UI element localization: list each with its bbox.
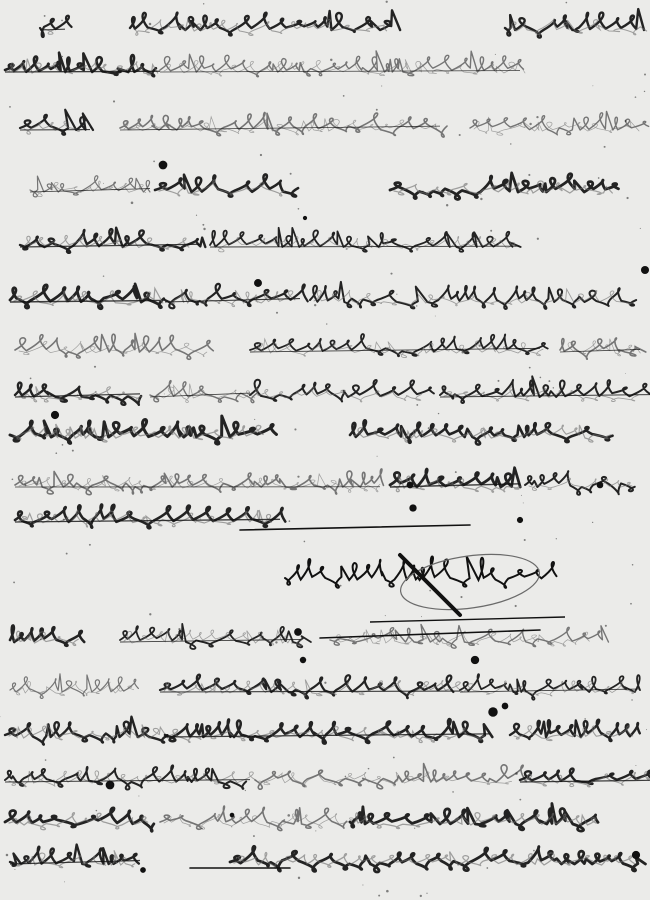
ink-splatter-speck xyxy=(362,884,363,885)
ink-dot xyxy=(641,266,649,274)
ink-splatter-speck xyxy=(435,316,436,317)
ink-dot xyxy=(517,517,523,523)
ink-splatter-speck xyxy=(63,519,65,521)
ink-splatter-speck xyxy=(646,729,647,730)
asemic-word-stroke xyxy=(20,228,205,253)
ink-splatter-speck xyxy=(519,799,521,801)
ink-splatter-speck xyxy=(260,154,262,156)
ink-splatter-speck xyxy=(149,613,151,615)
ink-splatter-speck xyxy=(533,850,535,852)
ink-splatter-speck xyxy=(598,177,600,179)
ink-splatter-speck xyxy=(66,553,68,555)
asemic-word-stroke xyxy=(350,804,598,832)
ink-splatter-speck xyxy=(149,23,152,26)
ink-splatter-speck xyxy=(584,718,586,720)
ink-splatter-speck xyxy=(478,345,480,347)
ink-splatter-speck xyxy=(452,791,454,793)
ink-splatter-speck xyxy=(77,394,79,396)
ink-splatter-speck xyxy=(9,106,11,108)
asemic-underlayer-stroke xyxy=(354,425,611,442)
ink-splatter-speck xyxy=(138,796,139,797)
ink-calligraphy-layer xyxy=(0,0,650,900)
ink-splatter-speck xyxy=(540,377,542,379)
ink-splatter-speck xyxy=(631,699,632,700)
ink-splatter-speck xyxy=(13,582,15,584)
ink-splatter-speck xyxy=(131,202,134,205)
ink-splatter-speck xyxy=(345,776,347,778)
ink-splatter-speck xyxy=(298,208,300,210)
ink-dot xyxy=(254,279,262,287)
ink-splatter-speck xyxy=(340,585,342,587)
asemic-word-stroke xyxy=(15,333,213,359)
ink-splatter-speck xyxy=(13,642,15,644)
strikethrough-stroke xyxy=(520,780,650,782)
ink-dot xyxy=(300,657,306,663)
ink-splatter-speck xyxy=(524,539,526,541)
ink-splatter-speck xyxy=(253,835,255,837)
ink-splatter-speck xyxy=(529,367,531,369)
ink-splatter-speck xyxy=(330,59,332,61)
ink-splatter-speck xyxy=(55,452,57,454)
ink-dot xyxy=(471,656,479,664)
ink-splatter-speck xyxy=(390,273,392,275)
ink-dot xyxy=(51,411,59,419)
ink-splatter-speck xyxy=(523,502,524,503)
ink-splatter-speck xyxy=(94,366,96,368)
artwork-canvas: Asemic calligraphic writing in black ink… xyxy=(0,0,650,900)
ink-splatter-speck xyxy=(44,15,46,17)
ink-splatter-speck xyxy=(164,393,165,394)
asemic-word-stroke xyxy=(150,381,256,403)
ink-splatter-speck xyxy=(113,100,115,102)
ink-splatter-speck xyxy=(625,373,626,374)
ink-splatter-speck xyxy=(386,1,388,3)
ink-splatter-speck xyxy=(45,759,47,761)
ink-splatter-speck xyxy=(604,146,606,148)
ink-splatter-speck xyxy=(635,765,636,766)
asemic-word-stroke xyxy=(210,228,521,252)
asemic-word-stroke xyxy=(5,765,246,789)
ink-splatter-speck xyxy=(203,228,205,230)
ink-splatter-speck xyxy=(537,238,539,240)
ink-splatter-speck xyxy=(515,772,518,775)
strikethrough-stroke xyxy=(5,71,160,72)
ink-splatter-speck xyxy=(90,127,92,129)
ink-splatter-speck xyxy=(61,20,63,22)
ink-splatter-speck xyxy=(12,478,14,480)
ink-dot xyxy=(159,161,168,170)
ink-dot xyxy=(303,216,307,220)
ink-splatter-speck xyxy=(393,757,395,759)
asemic-word-stroke xyxy=(5,53,156,77)
ink-splatter-speck xyxy=(275,641,277,643)
asemic-word-stroke xyxy=(120,624,311,649)
signature-stroke xyxy=(285,556,556,588)
ink-splatter-speck xyxy=(528,174,530,176)
asemic-word-stroke xyxy=(20,110,93,135)
ink-dot xyxy=(294,628,302,636)
ink-splatter-speck xyxy=(414,828,415,829)
ink-splatter-speck xyxy=(486,867,488,869)
ink-splatter-speck xyxy=(377,456,378,457)
ink-splatter-speck xyxy=(428,427,430,429)
ink-dot xyxy=(409,504,416,511)
ink-splatter-speck xyxy=(566,2,568,4)
ink-dot xyxy=(488,707,497,716)
asemic-word-stroke xyxy=(505,9,644,38)
ink-splatter-speck xyxy=(386,890,389,893)
ink-splatter-speck xyxy=(421,616,422,617)
ink-splatter-speck xyxy=(40,638,42,640)
ink-splatter-speck xyxy=(644,91,645,92)
ink-splatter-speck xyxy=(298,877,300,879)
ink-splatter-speck xyxy=(521,495,522,496)
ink-splatter-speck xyxy=(459,134,461,136)
ink-splatter-speck xyxy=(495,54,496,55)
ink-splatter-speck xyxy=(376,109,378,111)
ink-splatter-speck xyxy=(315,830,316,831)
ink-dot xyxy=(597,482,604,489)
ink-splatter-speck xyxy=(53,780,54,781)
ink-splatter-speck xyxy=(644,74,646,76)
ink-splatter-speck xyxy=(381,85,382,86)
ink-splatter-speck xyxy=(416,404,418,406)
ink-splatter-speck xyxy=(103,183,104,184)
ink-splatter-speck xyxy=(314,304,316,306)
ink-dot xyxy=(407,482,414,489)
ink-dot xyxy=(230,813,235,818)
ink-splatter-speck xyxy=(592,522,593,523)
signature-loop xyxy=(397,547,543,618)
ink-splatter-speck xyxy=(630,603,632,605)
ink-splatter-speck xyxy=(420,895,422,897)
ink-dot xyxy=(632,851,640,859)
ink-splatter-speck xyxy=(203,3,204,4)
ink-splatter-speck xyxy=(276,312,278,314)
ink-splatter-speck xyxy=(536,116,538,118)
ink-splatter-speck xyxy=(416,305,417,306)
ink-splatter-speck xyxy=(490,230,492,232)
ink-splatter-speck xyxy=(635,96,637,98)
ink-splatter-speck xyxy=(64,483,65,484)
ink-splatter-speck xyxy=(368,768,370,770)
ink-splatter-speck xyxy=(297,476,299,478)
ink-splatter-speck xyxy=(529,123,531,125)
ink-dot xyxy=(106,781,115,790)
ink-splatter-speck xyxy=(290,173,292,175)
strikethrough-stroke xyxy=(40,29,65,30)
ink-splatter-speck xyxy=(556,538,557,539)
ink-splatter-speck xyxy=(72,450,74,452)
ink-splatter-speck xyxy=(287,814,290,817)
ink-dot xyxy=(140,867,146,873)
ink-splatter-speck xyxy=(426,893,427,894)
ink-splatter-speck xyxy=(497,380,499,382)
ink-splatter-speck xyxy=(96,810,97,811)
ink-splatter-speck xyxy=(548,380,550,382)
ink-splatter-speck xyxy=(324,682,326,684)
strikethrough-stroke xyxy=(210,246,520,247)
ink-splatter-speck xyxy=(396,294,397,295)
ink-splatter-speck xyxy=(153,161,155,163)
ink-splatter-speck xyxy=(24,484,26,486)
ink-splatter-speck xyxy=(62,56,63,57)
ink-splatter-speck xyxy=(89,544,91,546)
ink-splatter-speck xyxy=(429,590,431,592)
ink-splatter-speck xyxy=(632,564,634,566)
ink-splatter-speck xyxy=(385,615,386,616)
ink-splatter-speck xyxy=(422,191,423,192)
ink-splatter-speck xyxy=(201,828,203,830)
asemic-word-stroke xyxy=(250,334,548,356)
ink-splatter-speck xyxy=(291,643,292,644)
ink-splatter-speck xyxy=(254,419,255,420)
ink-splatter-speck xyxy=(455,471,457,473)
ink-splatter-speck xyxy=(294,428,296,430)
ink-splatter-speck xyxy=(196,215,197,216)
signature-underline xyxy=(370,617,565,622)
asemic-word-stroke xyxy=(130,10,400,35)
ink-splatter-speck xyxy=(46,860,47,861)
ink-splatter-speck xyxy=(480,198,482,200)
ink-splatter-speck xyxy=(462,351,465,354)
ink-splatter-speck xyxy=(640,228,641,229)
ink-splatter-speck xyxy=(444,600,445,601)
ink-splatter-speck xyxy=(553,387,554,388)
ink-splatter-speck xyxy=(178,628,180,630)
ink-splatter-speck xyxy=(62,444,64,446)
ink-splatter-speck xyxy=(592,85,593,86)
ink-splatter-speck xyxy=(304,541,306,543)
ink-splatter-speck xyxy=(245,790,246,791)
asemic-word-stroke xyxy=(30,176,150,197)
ink-splatter-speck xyxy=(605,625,607,627)
long-horizontal-stroke xyxy=(240,525,470,530)
ink-splatter-speck xyxy=(30,377,32,379)
asemic-word-stroke xyxy=(470,111,649,134)
asemic-word-stroke xyxy=(165,719,492,744)
ink-splatter-speck xyxy=(446,204,448,206)
asemic-word-stroke xyxy=(255,764,526,790)
ink-splatter-speck xyxy=(14,869,15,870)
ink-splatter-speck xyxy=(625,120,627,122)
ink-splatter-speck xyxy=(6,854,9,857)
ink-splatter-speck xyxy=(103,275,104,276)
ink-splatter-speck xyxy=(438,413,439,414)
ink-dot xyxy=(502,703,509,710)
ink-splatter-speck xyxy=(626,197,628,199)
ink-splatter-speck xyxy=(262,636,263,637)
ink-splatter-speck xyxy=(460,596,462,598)
ink-splatter-speck xyxy=(510,143,511,144)
ink-splatter-speck xyxy=(200,518,201,519)
asemic-word-stroke xyxy=(460,674,640,700)
ink-splatter-speck xyxy=(202,224,204,226)
ink-splatter-speck xyxy=(64,881,65,882)
ink-splatter-speck xyxy=(343,95,345,97)
ink-splatter-speck xyxy=(289,520,291,522)
ink-splatter-speck xyxy=(378,895,380,897)
ink-splatter-speck xyxy=(326,323,327,324)
asemic-word-stroke xyxy=(40,16,72,37)
asemic-word-stroke xyxy=(15,469,383,495)
ink-splatter-speck xyxy=(515,605,517,607)
asemic-word-stroke xyxy=(10,416,276,444)
